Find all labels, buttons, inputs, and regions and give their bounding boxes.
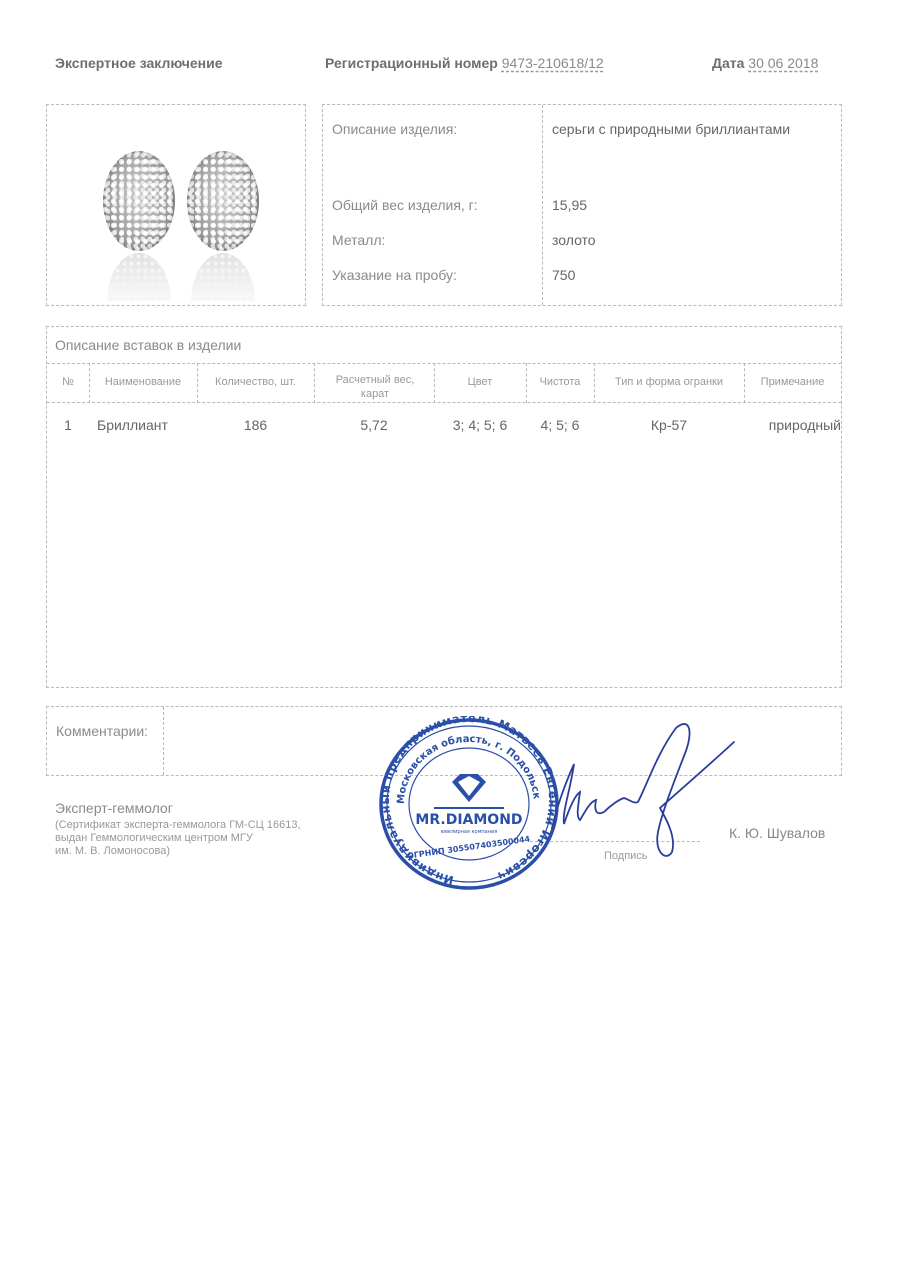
expert-title: Эксперт-геммолог (55, 800, 173, 816)
col-header-weight: Расчетный вес, карат (329, 373, 421, 401)
company-stamp: Индивидуальный предприниматель Матвеев Е… (374, 716, 564, 891)
cert-line-2: выдан Геммологическим центром МГУ (55, 832, 301, 845)
cert-line-3: им. М. В. Ломоносова) (55, 845, 301, 858)
expert-certificate: (Сертификат эксперта-геммолога ГМ-СЦ 166… (55, 819, 301, 858)
metal-label: Металл: (332, 232, 385, 248)
earring-left (103, 151, 175, 251)
description-value: серьги с природными бриллиантами (552, 121, 790, 137)
comments-label: Комментарии: (56, 723, 148, 739)
document-title: Экспертное заключение (55, 55, 223, 71)
registration-label: Регистрационный номер (325, 55, 498, 71)
signature (548, 712, 748, 872)
hallmark-value: 750 (552, 267, 575, 283)
date-value: 30 06 2018 (748, 55, 818, 71)
product-details-box: Описание изделия: серьги с природными бр… (322, 104, 842, 306)
details-divider (542, 105, 543, 305)
comments-divider (163, 707, 164, 775)
cell-clarity: 4; 5; 6 (526, 417, 594, 433)
cell-note: природный (744, 417, 841, 433)
table-header-bottom-line (47, 402, 841, 403)
weight-label: Общий вес изделия, г: (332, 197, 478, 213)
weight-value: 15,95 (552, 197, 587, 213)
table-row: 1 Бриллиант 186 5,72 3; 4; 5; 6 4; 5; 6 … (47, 417, 841, 437)
col-header-number: № (47, 375, 89, 389)
registration-number: Регистрационный номер 9473-210618/12 (325, 55, 604, 71)
cell-quantity: 186 (197, 417, 314, 433)
cell-name: Бриллиант (97, 417, 168, 433)
stamp-ogrnip: ОГРНИП 305507403500044 (407, 834, 532, 860)
cell-weight: 5,72 (314, 417, 434, 433)
registration-value: 9473-210618/12 (502, 55, 604, 71)
table-header-top-line (47, 363, 841, 364)
col-header-name: Наименование (89, 375, 197, 389)
inserts-box: Описание вставок в изделии № Наименовани… (46, 326, 842, 688)
date-label: Дата (712, 55, 744, 71)
inserts-title: Описание вставок в изделии (55, 337, 241, 353)
cell-number: 1 (47, 417, 89, 433)
diamond-logo-icon (434, 774, 504, 808)
product-photo-box (46, 104, 306, 306)
col-header-note: Примечание (744, 375, 841, 389)
col-header-color: Цвет (434, 375, 526, 389)
document-date: Дата 30 06 2018 (712, 55, 818, 71)
cert-line-1: (Сертификат эксперта-геммолога ГМ-СЦ 166… (55, 819, 301, 832)
earring-right (187, 151, 259, 251)
col-header-cut: Тип и форма огранки (594, 375, 744, 389)
hallmark-label: Указание на пробу: (332, 267, 457, 283)
col-header-clarity: Чистота (526, 375, 594, 389)
stamp-brand-sub: ювелирная компания (441, 829, 498, 835)
metal-value: золото (552, 232, 596, 248)
description-label: Описание изделия: (332, 121, 457, 137)
earring-left-reflection (107, 253, 171, 301)
col-divider (314, 363, 315, 403)
col-header-quantity: Количество, шт. (197, 375, 314, 389)
cell-color: 3; 4; 5; 6 (434, 417, 526, 433)
cell-cut: Кр-57 (594, 417, 744, 433)
stamp-brand: MR.DIAMOND (415, 812, 522, 828)
earring-right-reflection (191, 253, 255, 301)
